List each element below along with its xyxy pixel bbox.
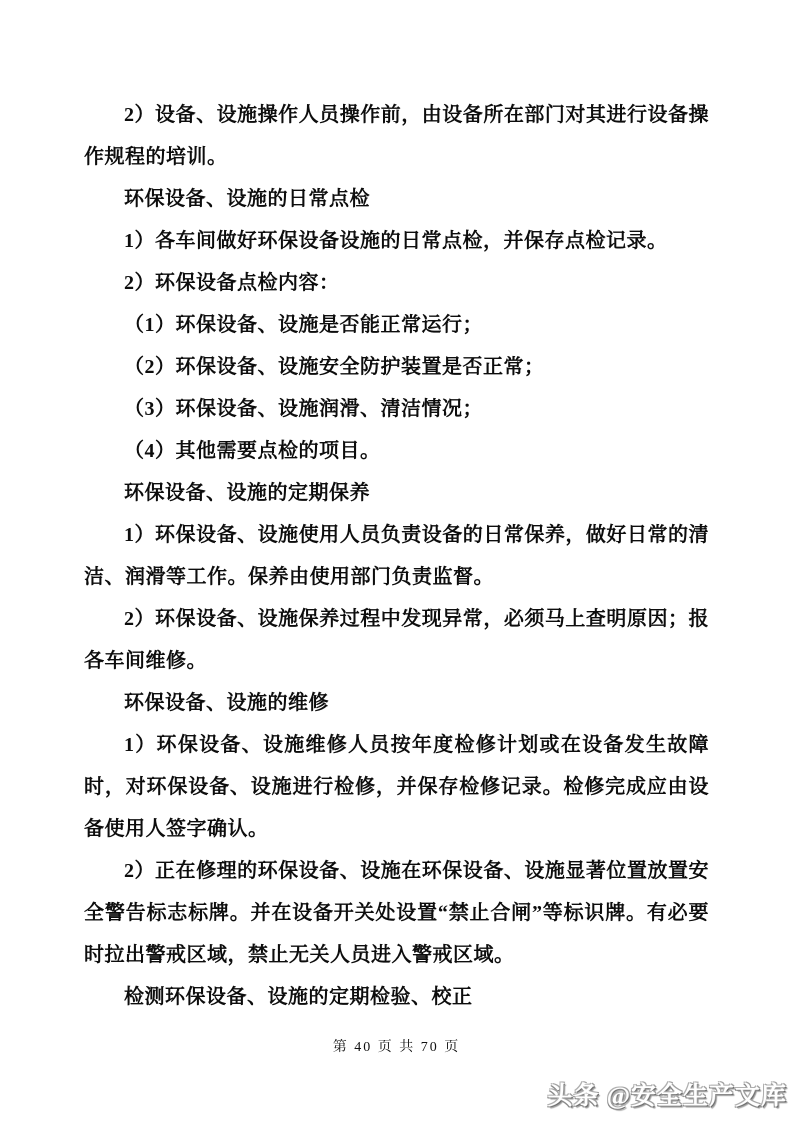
paragraph: 1）环保设备、设施维修人员按年度检修计划或在设备发生故障时，对环保设备、设施进行… [84, 724, 709, 850]
document-page: 2）设备、设施操作人员操作前，由设备所在部门对其进行设备操作规程的培训。 环保设… [0, 0, 793, 1122]
watermark-toutiao: 头条 @安全生产文库 [547, 1076, 787, 1112]
section-heading: 环保设备、设施的定期保养 [84, 472, 709, 514]
paragraph: 2）设备、设施操作人员操作前，由设备所在部门对其进行设备操作规程的培训。 [84, 94, 709, 178]
section-heading: 环保设备、设施的日常点检 [84, 178, 709, 220]
section-heading: 环保设备、设施的维修 [84, 682, 709, 724]
page-number-indicator: 第 40 页 共 70 页 [333, 1040, 461, 1055]
list-item: （3）环保设备、设施润滑、清洁情况； [84, 388, 709, 430]
page-footer: 第 40 页 共 70 页 [0, 1036, 793, 1056]
paragraph: 2）正在修理的环保设备、设施在环保设备、设施显著位置放置安全警告标志标牌。并在设… [84, 850, 709, 976]
paragraph: 1）各车间做好环保设备设施的日常点检，并保存点检记录。 [84, 220, 709, 262]
document-content: 2）设备、设施操作人员操作前，由设备所在部门对其进行设备操作规程的培训。 环保设… [84, 94, 709, 1018]
list-item: （4）其他需要点检的项目。 [84, 430, 709, 472]
list-item: （2）环保设备、设施安全防护装置是否正常； [84, 346, 709, 388]
paragraph: 2）环保设备、设施保养过程中发现异常，必须马上查明原因；报各车间维修。 [84, 598, 709, 682]
paragraph: 2）环保设备点检内容： [84, 262, 709, 304]
paragraph: 1）环保设备、设施使用人员负责设备的日常保养，做好日常的清洁、润滑等工作。保养由… [84, 514, 709, 598]
section-heading: 检测环保设备、设施的定期检验、校正 [84, 976, 709, 1018]
list-item: （1）环保设备、设施是否能正常运行； [84, 304, 709, 346]
